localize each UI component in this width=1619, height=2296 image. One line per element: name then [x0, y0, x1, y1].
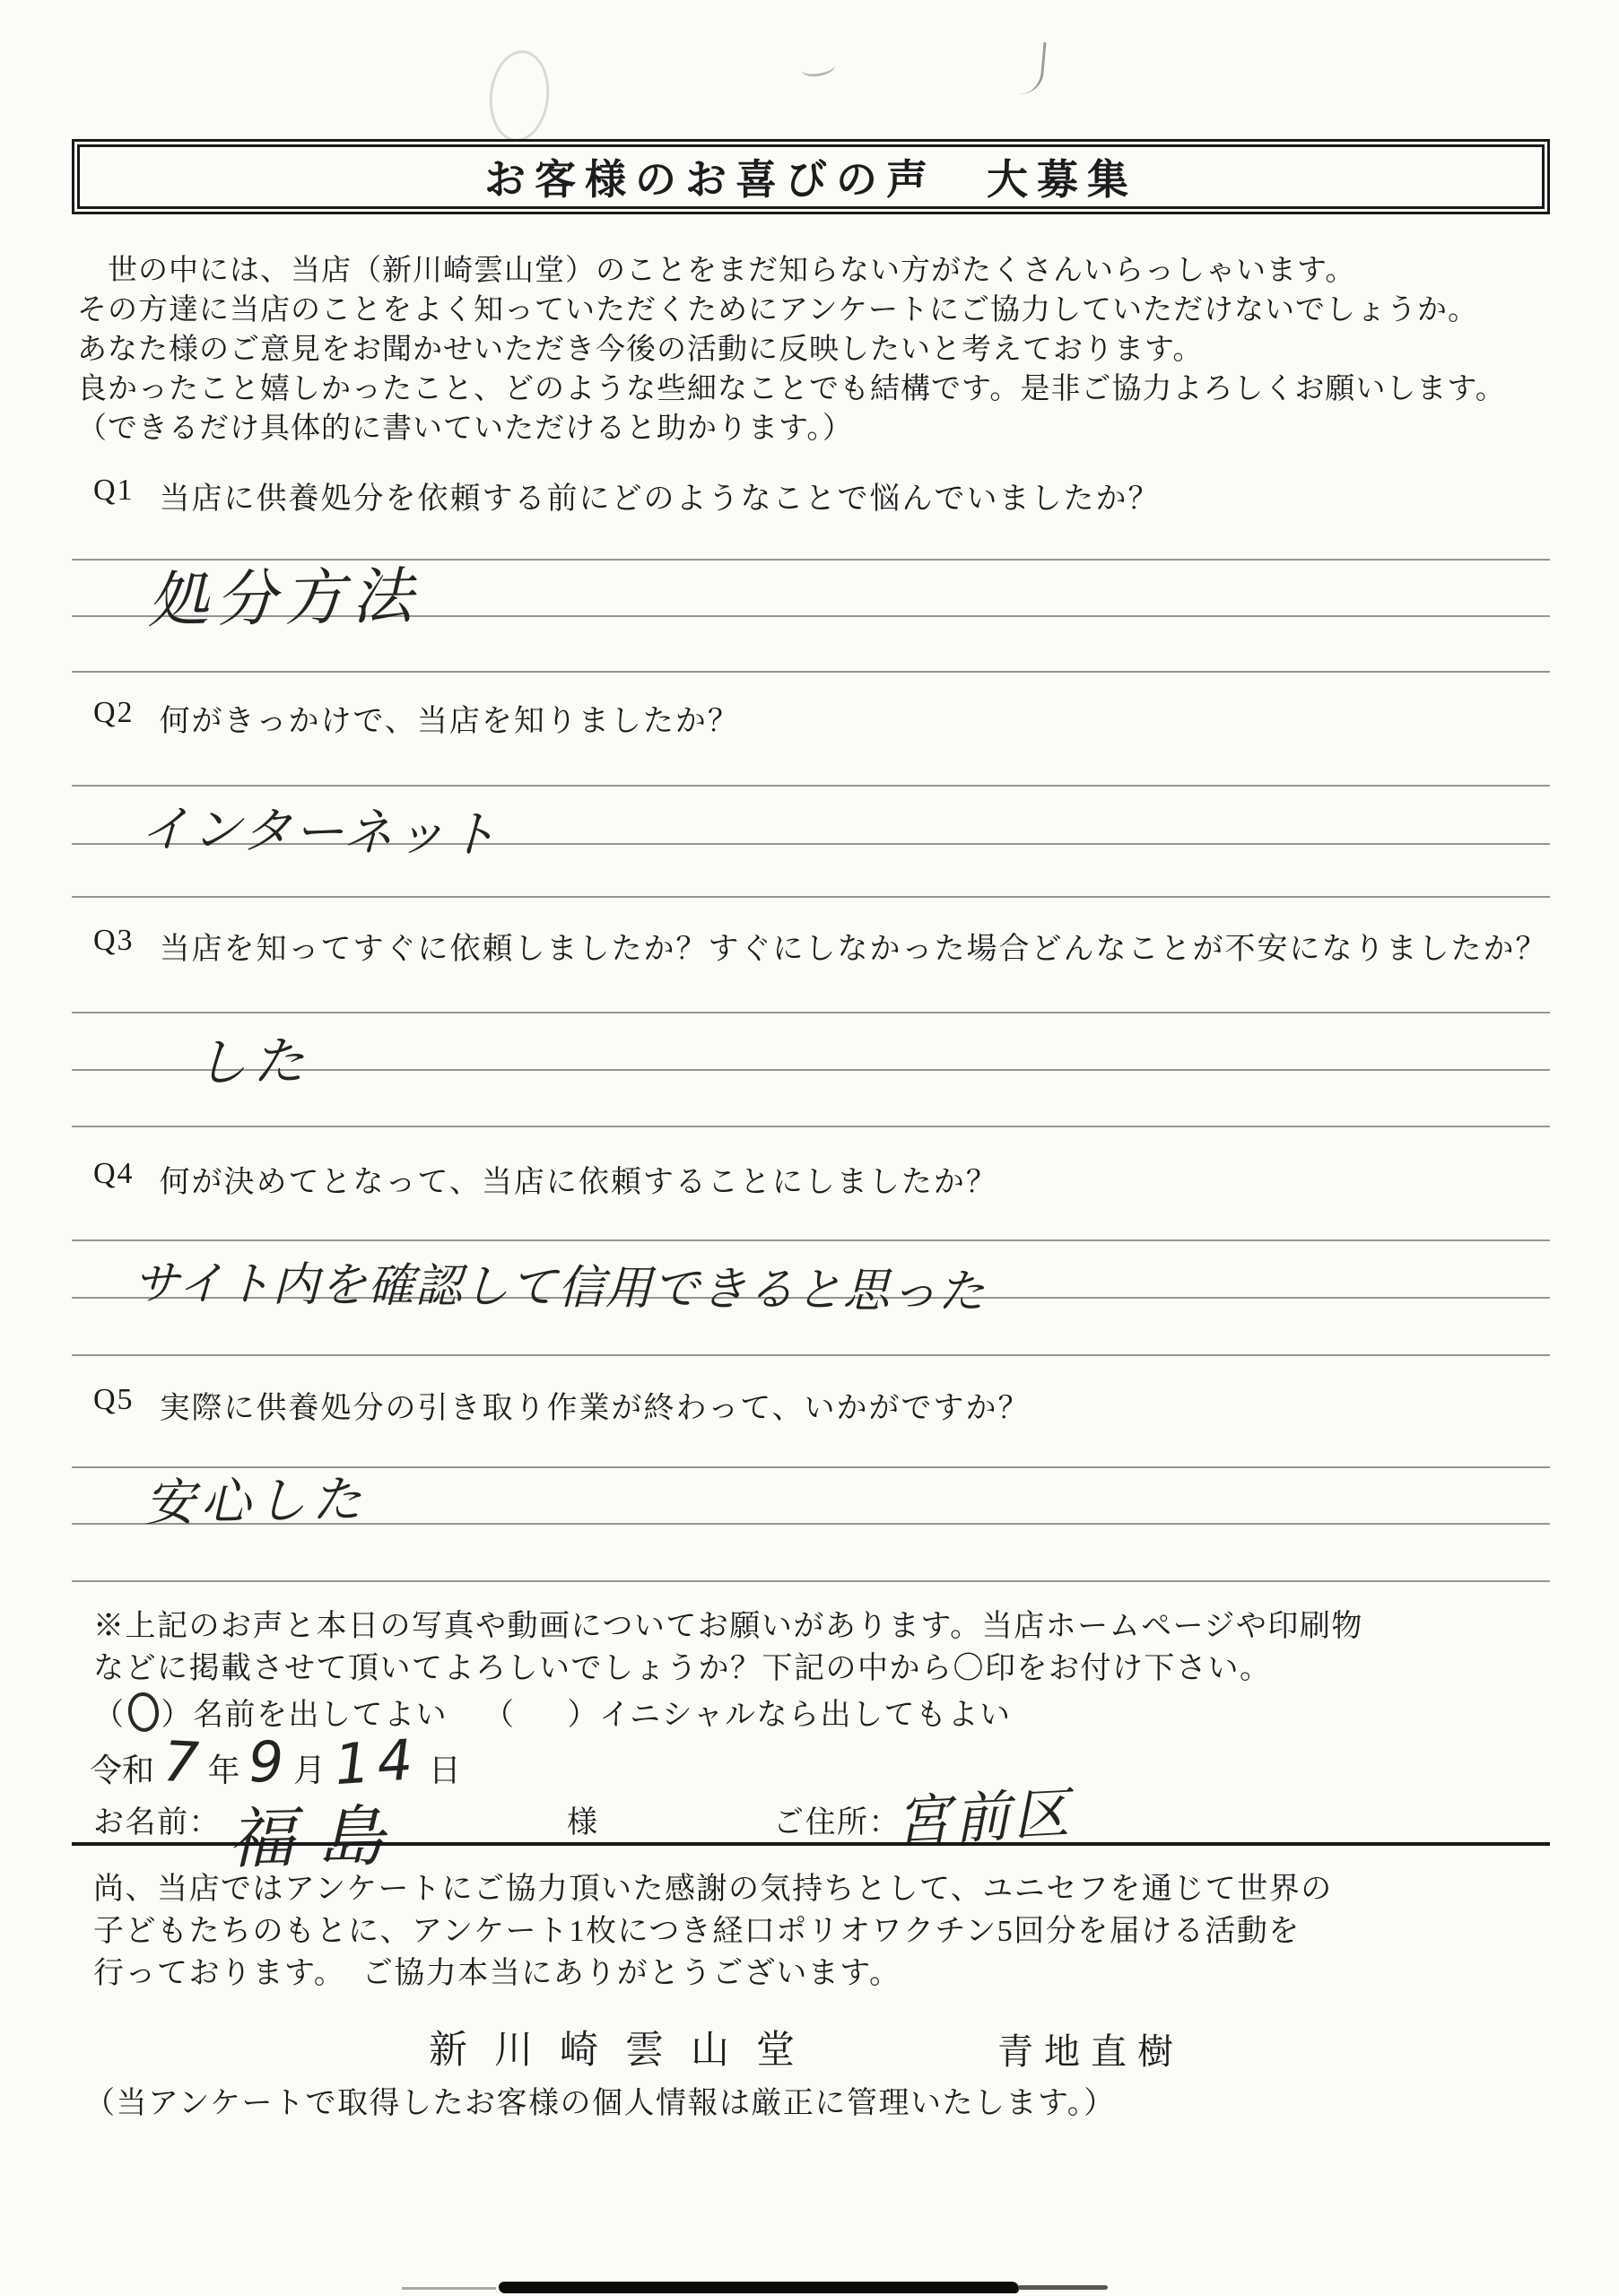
handwritten-answer-q2: インターネット — [139, 789, 500, 867]
scanned-questionnaire-page: お客様のお喜びの声 大募集 世の中には、当店（新川崎雲山堂）のことをまだ知らない… — [0, 0, 1619, 2296]
handwritten-answer-q3: した — [195, 1019, 310, 1096]
question-label: Q2 — [93, 696, 135, 740]
thanks-line: 行っております。 ご協力本当にありがとうございます。 — [93, 1952, 1333, 1995]
intro-line: 良かったこと嬉しかったこと、どのような些細なことでも結構です。是非ご協力よろしく… — [77, 370, 1506, 409]
handwritten-answer-q5: 安心した — [144, 1460, 368, 1535]
scan-artifact-hook — [1017, 40, 1046, 96]
day-unit-label: 日 — [429, 1745, 461, 1791]
handwritten-answer-q4: サイト内を確認して信用できると思った — [133, 1245, 986, 1321]
era-label: 令和 — [90, 1745, 154, 1791]
question-label: Q3 — [93, 924, 135, 968]
answer-rule-line — [72, 1239, 1550, 1241]
year-unit-label: 年 — [207, 1745, 239, 1791]
name-ok-handwritten-circle — [126, 1691, 161, 1734]
address-label: ご住所： — [773, 1803, 901, 1844]
answer-rule-line — [72, 1012, 1550, 1013]
question-text: 何が決めてとなって、当店に依頼することにしましたか？ — [160, 1157, 998, 1201]
signer-person-name: 青地直樹 — [997, 2023, 1184, 2074]
title-box: お客様のお喜びの声 大募集 — [72, 139, 1550, 214]
shop-signature: 新川崎雲山堂 — [429, 2020, 822, 2074]
permission-option-label: イニシャルなら出してもよい — [599, 1690, 1011, 1734]
question-block-q4: Q4 何が決めてとなって、当店に依頼することにしましたか？ — [93, 1157, 998, 1201]
question-block-q2: Q2 何がきっかけで、当店を知りましたか？ — [93, 696, 740, 740]
intro-line: 世の中には、当店（新川崎雲山堂）のことをまだ知らない方がたくさんいらっしゃいます… — [77, 251, 1506, 291]
question-text: 当店に供養処分を依頼する前にどのようなことで悩んでいましたか？ — [160, 474, 1161, 517]
answer-rule-line — [72, 1126, 1550, 1127]
paren-open: （ — [483, 1690, 516, 1734]
scan-artifact-bottom-tail — [1018, 2285, 1108, 2290]
permission-options-row: （ ） 名前を出してよい （ ） イニシャルなら出してもよい — [93, 1690, 1011, 1734]
permission-line-1: ※上記のお声と本日の写真や動画についてお願いがあります。当店ホームページや印刷物 — [93, 1606, 1363, 1648]
question-block-q1: Q1 当店に供養処分を依頼する前にどのようなことで悩んでいましたか？ — [93, 474, 1161, 517]
thanks-line: 子どもたちのもとに、アンケート1枚につき経口ポリオワクチン5回分を届ける活動を — [93, 1910, 1333, 1952]
answer-rule-line — [72, 785, 1550, 787]
intro-line: （できるだけ具体的に書いていただけると助かります。） — [77, 409, 1506, 448]
honorific-label: 様 — [567, 1803, 599, 1844]
answer-rule-line — [72, 1580, 1550, 1582]
scan-artifact-bottom-blob — [499, 2282, 1019, 2293]
question-text: 当店を知ってすぐに依頼しましたか？すぐにしなかった場合どんなことが不安になりまし… — [160, 924, 1548, 968]
answer-rule-line — [72, 896, 1550, 898]
permission-line-2: などに掲載させて頂いてよろしいでしょうか？下記の中から〇印をお付け下さい。 — [93, 1648, 1272, 1690]
question-label: Q5 — [93, 1383, 135, 1427]
question-block-q5: Q5 実際に供養処分の引き取り作業が終わって、いかがですか？ — [93, 1383, 1031, 1427]
name-value-handwritten: 福島 — [227, 1784, 408, 1882]
intro-line: その方達に当店のことをよく知っていただくためにアンケートにご協力していただけない… — [77, 291, 1506, 330]
name-label: お名前： — [93, 1803, 221, 1844]
year-value-handwritten: 7 — [161, 1728, 200, 1796]
privacy-note: （当アンケートで取得したお客様の個人情報は厳正に管理いたします。） — [84, 2083, 1116, 2125]
question-label: Q1 — [93, 474, 135, 517]
answer-rule-line — [72, 1354, 1550, 1356]
question-block-q3: Q3 当店を知ってすぐに依頼しましたか？すぐにしなかった場合どんなことが不安にな… — [93, 924, 1548, 968]
question-text: 実際に供養処分の引き取り作業が終わって、いかがですか？ — [160, 1383, 1031, 1427]
thanks-paragraph: 尚、当店ではアンケートにご協力頂いた感謝の気持ちとして、ユニセフを通じて世界の … — [93, 1868, 1333, 1995]
paren-open: （ — [93, 1690, 126, 1734]
name-row-underline — [72, 1842, 1550, 1846]
scan-artifact-smear — [402, 2287, 496, 2290]
intro-line: あなた様のご意見をお聞かせいただき今後の活動に反映したいと考えております。 — [77, 330, 1506, 370]
paren-close: ） — [161, 1690, 194, 1734]
page-title: お客様のお喜びの声 大募集 — [484, 147, 1137, 206]
intro-paragraph: 世の中には、当店（新川崎雲山堂）のことをまだ知らない方がたくさんいらっしゃいます… — [77, 251, 1506, 448]
thanks-line: 尚、当店ではアンケートにご協力頂いた感謝の気持ちとして、ユニセフを通じて世界の — [93, 1868, 1333, 1910]
scan-artifact-squiggle — [800, 57, 837, 79]
paren-close: ） — [568, 1690, 600, 1734]
handwritten-answer-q1: 処分方法 — [146, 548, 421, 639]
question-label: Q4 — [93, 1157, 135, 1201]
scan-artifact-circle — [485, 48, 553, 144]
question-text: 何がきっかけで、当店を知りましたか？ — [160, 696, 740, 740]
answer-rule-line — [72, 671, 1550, 673]
